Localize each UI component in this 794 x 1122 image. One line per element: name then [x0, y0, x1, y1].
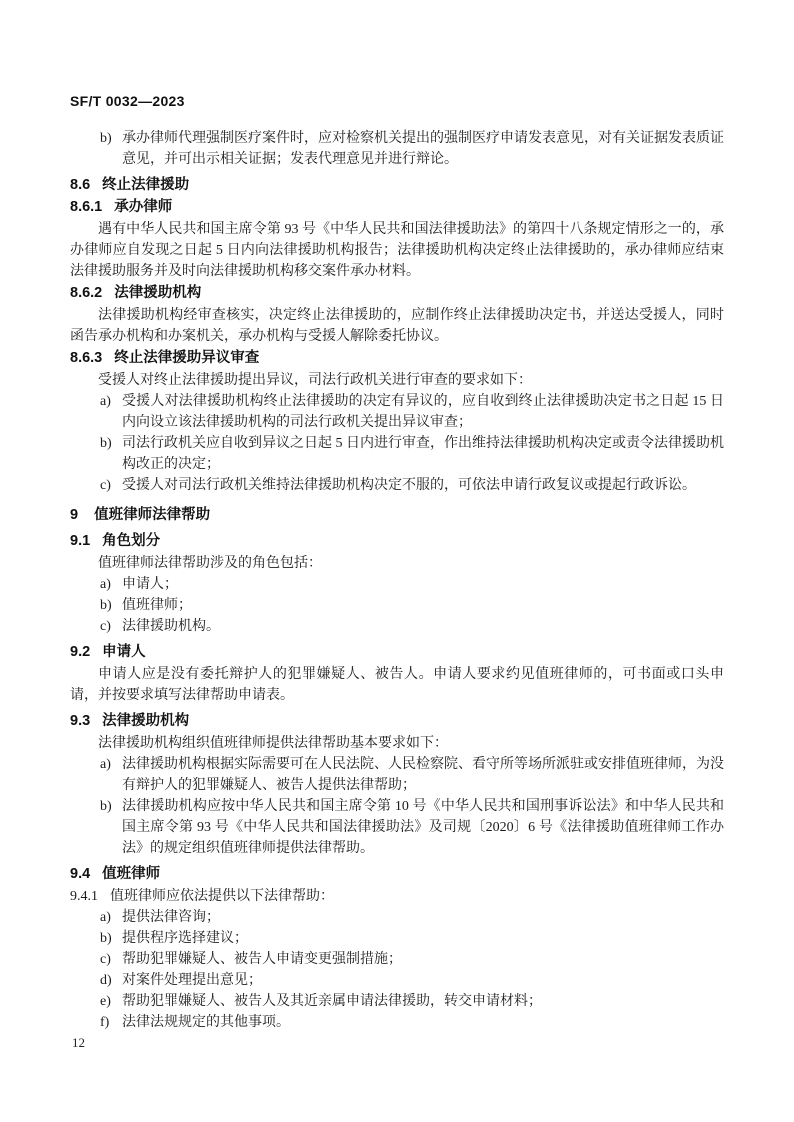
list-item-text: 法律援助机构。: [122, 619, 220, 634]
page-number: 12: [72, 1034, 85, 1051]
running-header: SF/T 0032—2023: [70, 92, 724, 110]
list-item: a) 受援人对法律援助机构终止法律援助的决定有异议的，应自收到终止法律援助决定书…: [70, 391, 724, 433]
chapter-title: 值班律师法律帮助: [94, 507, 210, 523]
list-item-marker: f): [100, 1012, 109, 1033]
section-title: 法律援助机构: [102, 713, 189, 729]
list-item-text: 对案件处理提出意见；: [122, 973, 262, 988]
subsection-number: 8.6.3: [70, 350, 102, 366]
section-heading-9-1: 9.1角色划分: [70, 531, 724, 552]
list-item: c) 受援人对司法行政机关维持法律援助机构决定不服的，可依法申请行政复议或提起行…: [70, 475, 724, 496]
list-item: d) 对案件处理提出意见；: [70, 970, 724, 991]
list-item-text: 申请人；: [122, 577, 178, 592]
list-item: b) 提供程序选择建议；: [70, 928, 724, 949]
list-item-marker: b): [100, 128, 112, 149]
list-item-marker: a): [100, 391, 111, 412]
subsection-number: 8.6.1: [70, 199, 102, 215]
list-item-text: 法律援助机构根据实际需要可在人民法院、人民检察院、看守所等场所派驻或安排值班律师…: [122, 757, 724, 793]
section-heading-8-6: 8.6终止法律援助: [70, 175, 724, 196]
subsection-heading-8-6-3: 8.6.3终止法律援助异议审查: [70, 348, 724, 369]
lettered-list: a) 法律援助机构根据实际需要可在人民法院、人民检察院、看守所等场所派驻或安排值…: [70, 754, 724, 859]
list-item: b) 承办律师代理强制医疗案件时，应对检察机关提出的强制医疗申请发表意见，对有关…: [70, 128, 724, 170]
list-item: c) 法律援助机构。: [70, 616, 724, 637]
section-title: 申请人: [102, 644, 146, 660]
list-item: b) 法律援助机构应按中华人民共和国主席令第 10 号《中华人民共和国刑事诉讼法…: [70, 796, 724, 859]
list-item-text: 受援人对司法行政机关维持法律援助机构决定不服的，可依法申请行政复议或提起行政诉讼…: [122, 478, 696, 493]
subsection-heading-8-6-1: 8.6.1承办律师: [70, 197, 724, 218]
list-item: b) 司法行政机关应自收到异议之日起 5 日内进行审查，作出维持法律援助机构决定…: [70, 433, 724, 475]
list-item: c) 帮助犯罪嫌疑人、被告人申请变更强制措施；: [70, 949, 724, 970]
paragraph: 遇有中华人民共和国主席令第 93 号《中华人民共和国法律援助法》的第四十八条规定…: [70, 219, 724, 282]
lettered-list: a) 提供法律咨询； b) 提供程序选择建议； c) 帮助犯罪嫌疑人、被告人申请…: [70, 907, 724, 1033]
subsection-title: 终止法律援助异议审查: [114, 350, 259, 366]
list-item: e) 帮助犯罪嫌疑人、被告人及其近亲属申请法律援助，转交申请材料；: [70, 991, 724, 1012]
list-item-text: 法律法规规定的其他事项。: [122, 1015, 290, 1030]
lettered-list: a) 受援人对法律援助机构终止法律援助的决定有异议的，应自收到终止法律援助决定书…: [70, 391, 724, 496]
section-number: 9.1: [70, 533, 90, 549]
list-item-marker: e): [100, 991, 111, 1012]
paragraph: 申请人应是没有委托辩护人的犯罪嫌疑人、被告人。申请人要求约见值班律师的，可书面或…: [70, 664, 724, 706]
section-number: 9.4: [70, 866, 90, 882]
subsection-number: 8.6.2: [70, 285, 102, 301]
list-item-text: 承办律师代理强制医疗案件时，应对检察机关提出的强制医疗申请发表意见，对有关证据发…: [122, 131, 724, 167]
list-item-text: 值班律师；: [122, 598, 192, 613]
section-number: 8.6: [70, 177, 90, 193]
list-item-marker: a): [100, 754, 111, 775]
list-item-text: 法律援助机构应按中华人民共和国主席令第 10 号《中华人民共和国刑事诉讼法》和中…: [122, 799, 724, 856]
list-item-marker: c): [100, 949, 111, 970]
chapter-heading-9: 9值班律师法律帮助: [70, 505, 724, 526]
clause-text: 值班律师应依法提供以下法律帮助：: [110, 889, 334, 904]
clause-9-4-1: 9.4.1值班律师应依法提供以下法律帮助：: [70, 886, 724, 907]
list-item-marker: c): [100, 616, 111, 637]
subsection-title: 承办律师: [114, 199, 172, 215]
section-heading-9-3: 9.3法律援助机构: [70, 711, 724, 732]
section-heading-9-4: 9.4值班律师: [70, 864, 724, 885]
list-item-marker: d): [100, 970, 112, 991]
section-number: 9.2: [70, 644, 90, 660]
list-item: a) 申请人；: [70, 574, 724, 595]
list-item-text: 帮助犯罪嫌疑人、被告人及其近亲属申请法律援助，转交申请材料；: [122, 994, 542, 1009]
paragraph: 值班律师法律帮助涉及的角色包括：: [70, 553, 724, 574]
list-item-marker: a): [100, 574, 111, 595]
list-item: a) 法律援助机构根据实际需要可在人民法院、人民检察院、看守所等场所派驻或安排值…: [70, 754, 724, 796]
list-item: b) 值班律师；: [70, 595, 724, 616]
list-item-marker: a): [100, 907, 111, 928]
section-title: 终止法律援助: [102, 177, 189, 193]
list-item-marker: b): [100, 796, 112, 817]
list-item-marker: b): [100, 928, 112, 949]
section-number: 9.3: [70, 713, 90, 729]
list-item-text: 提供法律咨询；: [122, 910, 220, 925]
list-item-marker: b): [100, 595, 112, 616]
document-page: SF/T 0032—2023 b) 承办律师代理强制医疗案件时，应对检察机关提出…: [0, 0, 794, 1122]
subsection-heading-8-6-2: 8.6.2法律援助机构: [70, 283, 724, 304]
list-item-marker: b): [100, 433, 112, 454]
section-title: 角色划分: [102, 533, 160, 549]
list-item-text: 提供程序选择建议；: [122, 931, 248, 946]
subsection-title: 法律援助机构: [114, 285, 201, 301]
list-item: a) 提供法律咨询；: [70, 907, 724, 928]
list-item-text: 司法行政机关应自收到异议之日起 5 日内进行审查，作出维持法律援助机构决定或责令…: [122, 436, 724, 472]
paragraph: 法律援助机构组织值班律师提供法律帮助基本要求如下：: [70, 733, 724, 754]
list-item-text: 帮助犯罪嫌疑人、被告人申请变更强制措施；: [122, 952, 402, 967]
paragraph: 法律援助机构经审查核实，决定终止法律援助的，应制作终止法律援助决定书，并送达受援…: [70, 305, 724, 347]
paragraph: 受援人对终止法律援助提出异议，司法行政机关进行审查的要求如下：: [70, 370, 724, 391]
section-heading-9-2: 9.2申请人: [70, 642, 724, 663]
list-item-text: 受援人对法律援助机构终止法律援助的决定有异议的，应自收到终止法律援助决定书之日起…: [122, 394, 724, 430]
list-item: f) 法律法规规定的其他事项。: [70, 1012, 724, 1033]
chapter-number: 9: [70, 507, 78, 523]
list-item-marker: c): [100, 475, 111, 496]
section-title: 值班律师: [102, 866, 160, 882]
clause-number: 9.4.1: [70, 889, 98, 904]
lettered-list: a) 申请人； b) 值班律师； c) 法律援助机构。: [70, 574, 724, 637]
